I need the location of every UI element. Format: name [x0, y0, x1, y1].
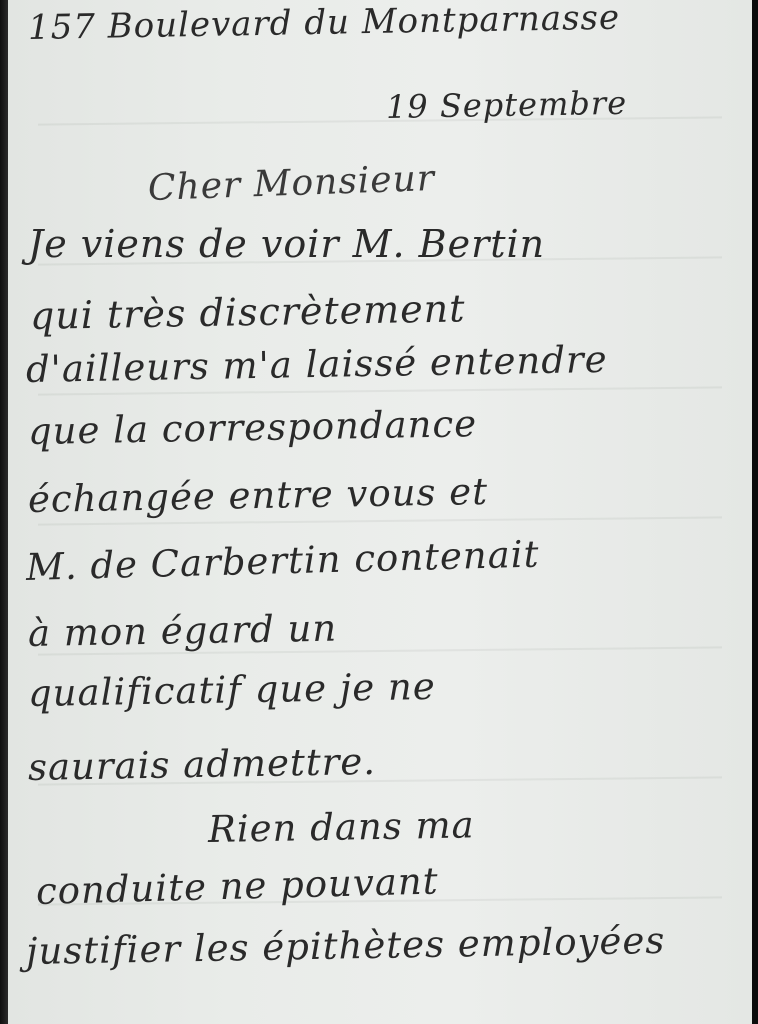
scan-border-left: [0, 0, 8, 1024]
letter-line: justifier les épithètes employées: [26, 919, 666, 973]
letter-line: saurais admettre.: [28, 740, 377, 789]
scan-border-right: [752, 0, 758, 1024]
letter-line: qui très discrètement: [30, 286, 466, 338]
letter-date: 19 Septembre: [386, 84, 628, 126]
letter-line: Je viens de voir M. Bertin: [28, 222, 545, 266]
letter-page: 157 Boulevard du Montparnasse 19 Septemb…: [8, 0, 752, 1024]
letter-address: 157 Boulevard du Montparnasse: [28, 0, 621, 48]
letter-line: Rien dans ma: [208, 803, 475, 851]
letter-line: d'ailleurs m'a laissé entendre: [26, 338, 608, 391]
letter-line: conduite ne pouvant: [35, 859, 439, 913]
letter-greeting: Cher Monsieur: [147, 158, 435, 209]
letter-line: que la correspondance: [28, 402, 478, 453]
letter-line: M. de Carbertin contenait: [25, 533, 540, 589]
letter-line: à mon égard un: [28, 607, 338, 655]
letter-line: échangée entre vous et: [28, 470, 489, 521]
letter-line: qualificatif que je ne: [28, 665, 436, 715]
